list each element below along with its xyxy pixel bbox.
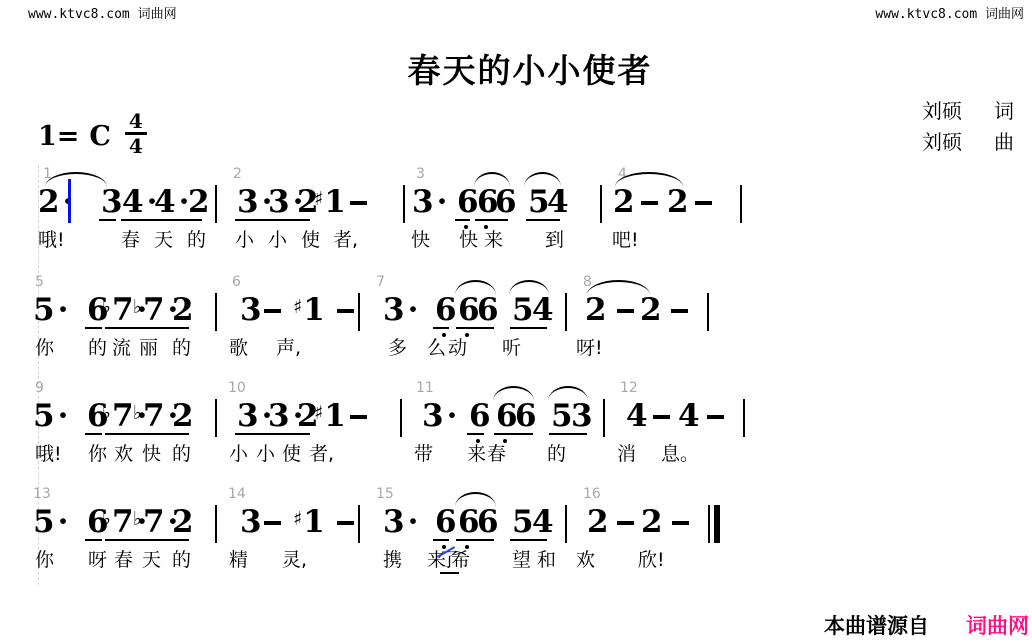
note: 5· <box>33 507 68 538</box>
beam-underline <box>105 539 189 541</box>
note-dash <box>641 201 658 205</box>
lyric: 欢 <box>576 549 595 572</box>
slur-tie-arc <box>587 280 650 295</box>
beam-underline <box>85 539 102 541</box>
system-2: 56785·6♭7·♭7·23♯13·6665422你的流丽的歌声,多么动听呀! <box>0 275 1032 375</box>
composer-name: 刘硕 <box>922 132 962 152</box>
note: 4 <box>678 401 700 432</box>
note: 2 <box>172 401 194 432</box>
note-dash <box>264 521 281 525</box>
note: 6 <box>469 401 491 432</box>
system-3: 91011125·6♭7·♭7·23·3·2♯13·6665344哦!你欢快的小… <box>0 381 1032 481</box>
measure-number: 6 <box>232 275 241 289</box>
key-letter: C <box>89 121 111 152</box>
beam-underline <box>549 433 587 435</box>
note: 6 <box>477 295 499 326</box>
system-1: 12342·34·4·23·3·2♯13·6665422哦!春天的小小使者,快快… <box>0 167 1032 267</box>
measure-number: 15 <box>376 487 394 501</box>
beam-underline <box>433 539 449 541</box>
note-dash <box>695 201 712 205</box>
lyric: 的 <box>172 337 191 360</box>
playback-cursor <box>68 179 71 223</box>
footer-site-link[interactable]: 词曲网 <box>966 610 1029 640</box>
slur-tie-arc <box>455 492 496 507</box>
lyric: 流 <box>112 337 131 360</box>
dot-after-note: · <box>437 184 448 220</box>
lyric: 你 <box>35 549 54 572</box>
dot-after-note: · <box>58 504 69 540</box>
barline <box>603 399 605 437</box>
key-signature: 1=C44 <box>38 111 147 156</box>
note: 2 <box>613 187 635 218</box>
barline <box>403 185 405 223</box>
credit-lyricist: 刘硕 词 <box>922 101 1014 121</box>
note: 3· <box>383 507 418 538</box>
lyricist-name: 刘硕 <box>922 101 962 121</box>
note: 6 <box>515 401 537 432</box>
note: 5 <box>551 401 573 432</box>
lyric: 希 <box>451 549 470 572</box>
lyric: 使 <box>301 229 320 252</box>
note: 4 <box>547 187 569 218</box>
slur-tie-arc <box>548 386 588 401</box>
lyric: 你 <box>35 337 54 360</box>
note-dash <box>264 309 281 313</box>
lyric: 来 <box>467 443 486 466</box>
barline <box>565 505 567 543</box>
note-dash <box>707 415 724 419</box>
beam-underline <box>85 327 102 329</box>
beam-underline <box>235 219 310 221</box>
lyric: 春 <box>121 229 140 252</box>
lyric: 声, <box>276 337 301 360</box>
note-dash <box>350 415 367 419</box>
note: 3· <box>383 295 418 326</box>
measure-number: 7 <box>376 275 385 289</box>
note: 2 <box>640 295 662 326</box>
beam-underline <box>105 327 189 329</box>
beam-underline <box>494 433 533 435</box>
beam-underline <box>510 539 547 541</box>
lyric: 歌 <box>229 337 248 360</box>
note-dash <box>671 309 688 313</box>
barline <box>743 399 745 437</box>
lyric: 者, <box>333 229 358 252</box>
slur-tie-arc <box>455 280 496 295</box>
note: 2 <box>587 507 609 538</box>
note: 2 <box>585 295 607 326</box>
measure-number: 13 <box>33 487 51 501</box>
lyric: 呀! <box>576 337 603 360</box>
barline <box>215 399 217 437</box>
note-dash <box>653 415 670 419</box>
barline <box>400 399 402 437</box>
lyric: 春 <box>487 443 506 466</box>
dot-after-note: · <box>408 292 419 328</box>
beam-underline <box>433 327 449 329</box>
lyric: 天 <box>142 549 161 572</box>
note: 6 <box>435 295 457 326</box>
note: ♯1 <box>293 507 325 538</box>
note: 3 <box>240 295 262 326</box>
lyric: 使 <box>282 443 301 466</box>
accidental-icon: ♯ <box>314 402 323 424</box>
time-signature: 44 <box>125 111 147 156</box>
slur-tie-arc <box>45 172 107 187</box>
note: 2 <box>667 187 689 218</box>
slur-tie-arc <box>474 172 510 187</box>
lyric: 携 <box>383 549 402 572</box>
lyric: 的 <box>172 443 191 466</box>
lyric: 来 <box>484 229 503 252</box>
note: ♯1 <box>314 401 346 432</box>
lyric: 和 <box>537 549 556 572</box>
note: 3 <box>101 187 123 218</box>
note: 3· <box>412 187 447 218</box>
lyric: 吧! <box>612 229 639 252</box>
accidental-icon: ♭ <box>133 508 142 530</box>
lyric: 精 <box>229 549 248 572</box>
credits: 刘硕 词 刘硕 曲 <box>922 101 1014 163</box>
note: 4· <box>122 187 157 218</box>
lyric: 动 <box>448 337 467 360</box>
note: 2 <box>172 507 194 538</box>
barline <box>565 293 567 331</box>
beam-underline <box>455 219 470 221</box>
barline <box>358 293 360 331</box>
lyric: 么 <box>427 337 446 360</box>
slur-tie-arc <box>524 172 561 187</box>
lyric: 带 <box>414 443 433 466</box>
lyric: 小 <box>268 229 287 252</box>
measure-number: 3 <box>416 167 425 181</box>
accidental-icon: ♭ <box>133 296 142 318</box>
measure-number: 9 <box>35 381 44 395</box>
measure-number: 5 <box>35 275 44 289</box>
lyric: 的 <box>172 549 191 572</box>
beam-underline <box>235 433 310 435</box>
note: 6 <box>495 187 517 218</box>
time-denominator: 4 <box>125 135 147 156</box>
lyric: 到 <box>545 229 564 252</box>
barline <box>600 185 602 223</box>
barline <box>215 185 217 223</box>
lyric: 春 <box>114 549 133 572</box>
barline <box>740 185 742 223</box>
lyric: 哦! <box>38 229 65 252</box>
credit-composer: 刘硕 曲 <box>922 132 1014 152</box>
beam-underline <box>456 327 494 329</box>
lyric: 的 <box>547 443 566 466</box>
note: 5 <box>512 295 534 326</box>
note: 5 <box>512 507 534 538</box>
note-dash <box>672 521 689 525</box>
lyric: 欣! <box>638 549 665 572</box>
dot-after-note: · <box>58 292 69 328</box>
note: 3 <box>240 507 262 538</box>
beam-underline <box>456 539 494 541</box>
footer-source-text: 本曲谱源自 <box>824 610 929 640</box>
beam-underline <box>510 327 547 329</box>
measure-number: 11 <box>416 381 434 395</box>
lyric: 多 <box>388 337 407 360</box>
accidental-icon: ♭ <box>102 296 111 318</box>
note: 4 <box>532 295 554 326</box>
accidental-icon: ♯ <box>293 508 302 530</box>
beam-underline <box>475 219 508 221</box>
measure-number: 14 <box>228 487 246 501</box>
beam-underline <box>85 433 102 435</box>
composer-role: 曲 <box>994 132 1014 152</box>
note: 4· <box>154 187 189 218</box>
lyric: 天 <box>154 229 173 252</box>
lyric: 小 <box>229 443 248 466</box>
note: 4 <box>532 507 554 538</box>
accidental-icon: ♭ <box>133 402 142 424</box>
note: 3 <box>571 401 593 432</box>
note: 3· <box>422 401 457 432</box>
barline <box>215 293 217 331</box>
note-dash <box>337 309 354 313</box>
lyric: 哦! <box>35 443 62 466</box>
accidental-icon: ♯ <box>293 296 302 318</box>
lyric: 你 <box>88 443 107 466</box>
slur-tie-arc <box>493 386 534 401</box>
note: 6 <box>457 187 479 218</box>
barline <box>215 505 217 543</box>
note-dash <box>617 309 634 313</box>
lyric: 小 <box>235 229 254 252</box>
lyric: 的 <box>187 229 206 252</box>
note-dash <box>350 201 367 205</box>
measure-number: 2 <box>233 167 242 181</box>
time-numerator: 4 <box>125 111 147 135</box>
system-4: 131415165·6♭7·♭7·23♯13·6665422你呀春天的精灵,携来… <box>0 487 1032 587</box>
song-title: 春天的小小使者 <box>408 45 653 92</box>
note-dash <box>337 521 354 525</box>
dot-after-note: · <box>58 398 69 434</box>
final-barline-thick <box>714 505 720 543</box>
note: 6 <box>477 507 499 538</box>
lyric: 快 <box>142 443 161 466</box>
note: 2 <box>641 507 663 538</box>
beam-underline <box>121 219 202 221</box>
accidental-icon: ♯ <box>314 188 323 210</box>
note: ♯1 <box>293 295 325 326</box>
accidental-icon: ♭ <box>102 402 111 424</box>
lyric: 呀 <box>88 549 107 572</box>
beam-underline <box>99 219 116 221</box>
lyric: 快 <box>411 229 430 252</box>
measure-number: 16 <box>583 487 601 501</box>
note-dash <box>617 521 634 525</box>
lyric: 听 <box>502 337 521 360</box>
watermark-top-right: www.ktvc8.com 词曲网 <box>875 3 1024 22</box>
barline <box>707 293 709 331</box>
dot-after-note: · <box>447 398 458 434</box>
lyric: 欢 <box>114 443 133 466</box>
lyric: 消 <box>617 443 636 466</box>
lyric: 者, <box>309 443 334 466</box>
note: 2 <box>172 295 194 326</box>
key-tonic: 1= <box>38 121 79 152</box>
slur-tie-arc <box>509 280 549 295</box>
lyric: 息。 <box>661 443 699 466</box>
lyric: 丽 <box>139 337 158 360</box>
lyricist-role: 词 <box>994 101 1014 121</box>
measure-number: 12 <box>620 381 638 395</box>
watermark-top-left: www.ktvc8.com 词曲网 <box>28 3 177 22</box>
note: 5· <box>33 401 68 432</box>
lyric: 的 <box>88 337 107 360</box>
accidental-icon: ♭ <box>102 508 111 530</box>
measure-number: 10 <box>228 381 246 395</box>
note: 5· <box>33 295 68 326</box>
dot-after-note: · <box>408 504 419 540</box>
lyric: 灵, <box>282 549 307 572</box>
beam-underline <box>526 219 560 221</box>
note: 6 <box>435 507 457 538</box>
note: 4 <box>626 401 648 432</box>
barline <box>708 505 710 543</box>
lyric: 快 <box>459 229 478 252</box>
note: 2 <box>188 187 210 218</box>
lyric: 小 <box>256 443 275 466</box>
beam-underline <box>105 433 189 435</box>
beam-underline <box>467 433 484 435</box>
barline <box>358 505 360 543</box>
lyric: 望 <box>512 549 531 572</box>
note: ♯1 <box>314 187 346 218</box>
